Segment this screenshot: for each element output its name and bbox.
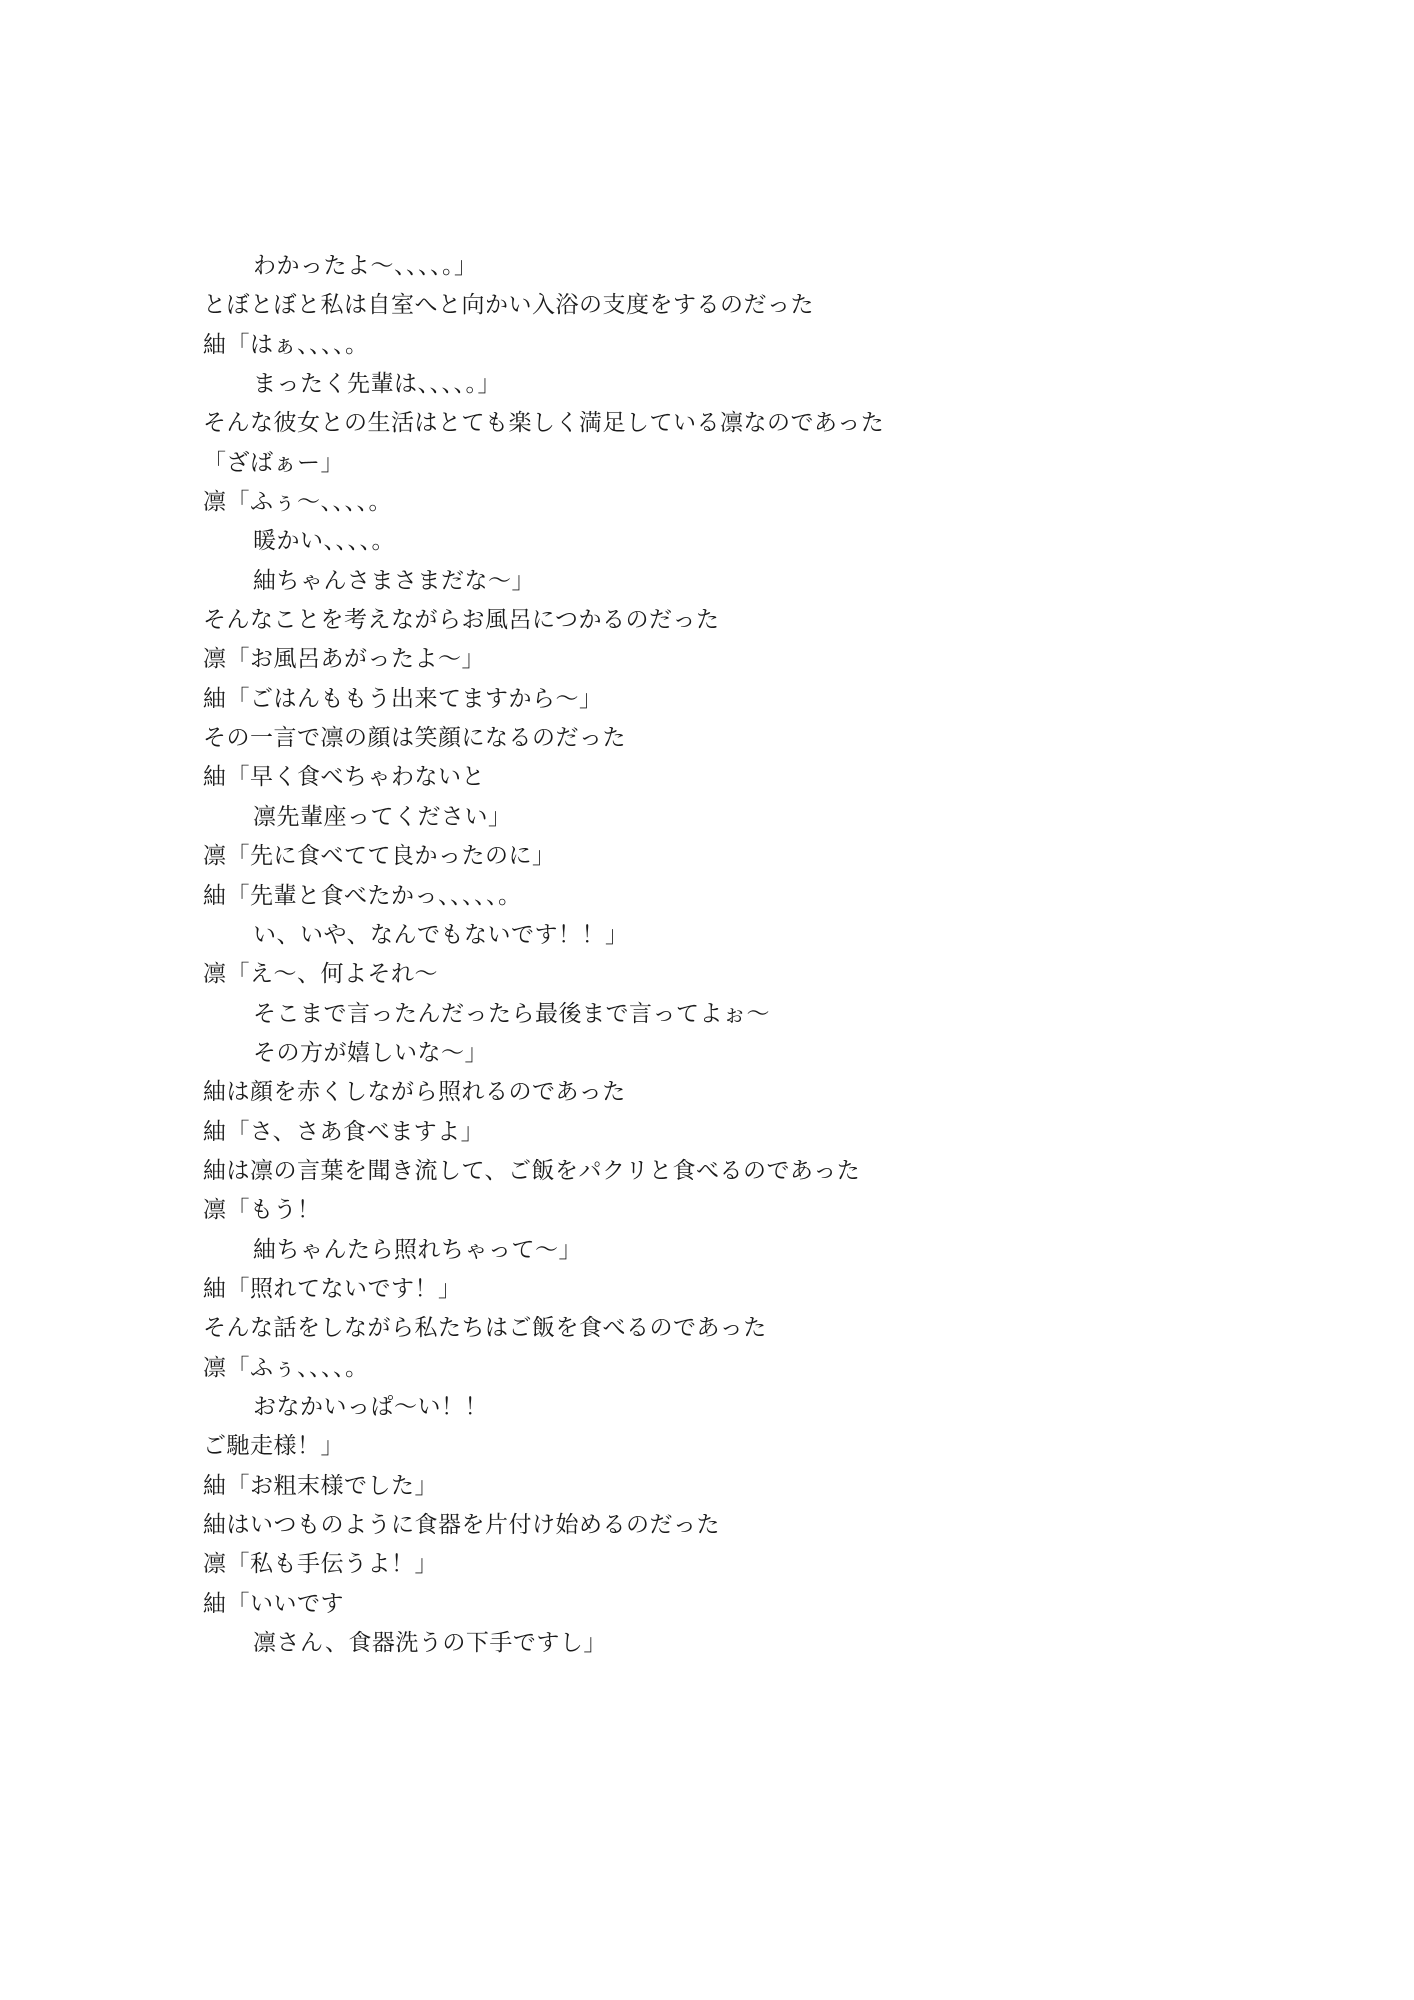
text-line: 紬「お粗末様でした」: [203, 1467, 1203, 1506]
text-line: そこまで言ったんだったら最後まで言ってよぉ～: [203, 995, 1203, 1034]
text-line: まったく先輩は、、、、。」: [203, 365, 1203, 404]
text-line: 紬は顔を赤くしながら照れるのであった: [203, 1073, 1203, 1112]
text-line: 紬は凛の言葉を聞き流して、ご飯をパクリと食べるのであった: [203, 1152, 1203, 1191]
text-line: そんな話をしながら私たちはご飯を食べるのであった: [203, 1309, 1203, 1348]
text-line: 紬ちゃんさまさまだな～」: [203, 562, 1203, 601]
text-line: そんなことを考えながらお風呂につかるのだった: [203, 601, 1203, 640]
text-line: 紬「先輩と食べたかっ、、、、、。: [203, 877, 1203, 916]
text-line: 凛「先に食べてて良かったのに」: [203, 837, 1203, 876]
text-line: 紬「はぁ、、、、。: [203, 326, 1203, 365]
text-line: 紬はいつものように食器を片付け始めるのだった: [203, 1506, 1203, 1545]
text-line: その方が嬉しいな～」: [203, 1034, 1203, 1073]
text-line: い、いや、なんでもないです！！」: [203, 916, 1203, 955]
text-line: その一言で凛の顔は笑顔になるのだった: [203, 719, 1203, 758]
text-line: 「ざばぁー」: [203, 444, 1203, 483]
text-line: 凛「私も手伝うよ！」: [203, 1545, 1203, 1584]
text-line: 紬「いいです: [203, 1585, 1203, 1624]
text-line: わかったよ～、、、、。」: [203, 247, 1203, 286]
text-line: とぼとぼと私は自室へと向かい入浴の支度をするのだった: [203, 286, 1203, 325]
text-line: ご馳走様！」: [203, 1427, 1203, 1466]
text-line: 紬「さ、さあ食べますよ」: [203, 1113, 1203, 1152]
text-line: おなかいっぱ～い！！: [203, 1388, 1203, 1427]
text-line: 凛「え～、何よそれ～: [203, 955, 1203, 994]
text-line: 凛先輩座ってください」: [203, 798, 1203, 837]
text-line: 凛「もう！: [203, 1191, 1203, 1230]
text-line: 凛「お風呂あがったよ～」: [203, 640, 1203, 679]
text-line: 紬「照れてないです！」: [203, 1270, 1203, 1309]
text-line: 凛「ふぅ～、、、、。: [203, 483, 1203, 522]
text-line: 凛さん、食器洗うの下手ですし」: [203, 1624, 1203, 1663]
text-line: 暖かい、、、、。: [203, 522, 1203, 561]
document-page: わかったよ～、、、、。」 とぼとぼと私は自室へと向かい入浴の支度をするのだった …: [203, 247, 1203, 1663]
text-line: 紬ちゃんたら照れちゃって～」: [203, 1231, 1203, 1270]
text-line: 紬「早く食べちゃわないと: [203, 758, 1203, 797]
text-line: 紬「ごはんももう出来てますから～」: [203, 680, 1203, 719]
text-line: 凛「ふぅ、、、、。: [203, 1349, 1203, 1388]
text-line: そんな彼女との生活はとても楽しく満足している凛なのであった: [203, 404, 1203, 443]
